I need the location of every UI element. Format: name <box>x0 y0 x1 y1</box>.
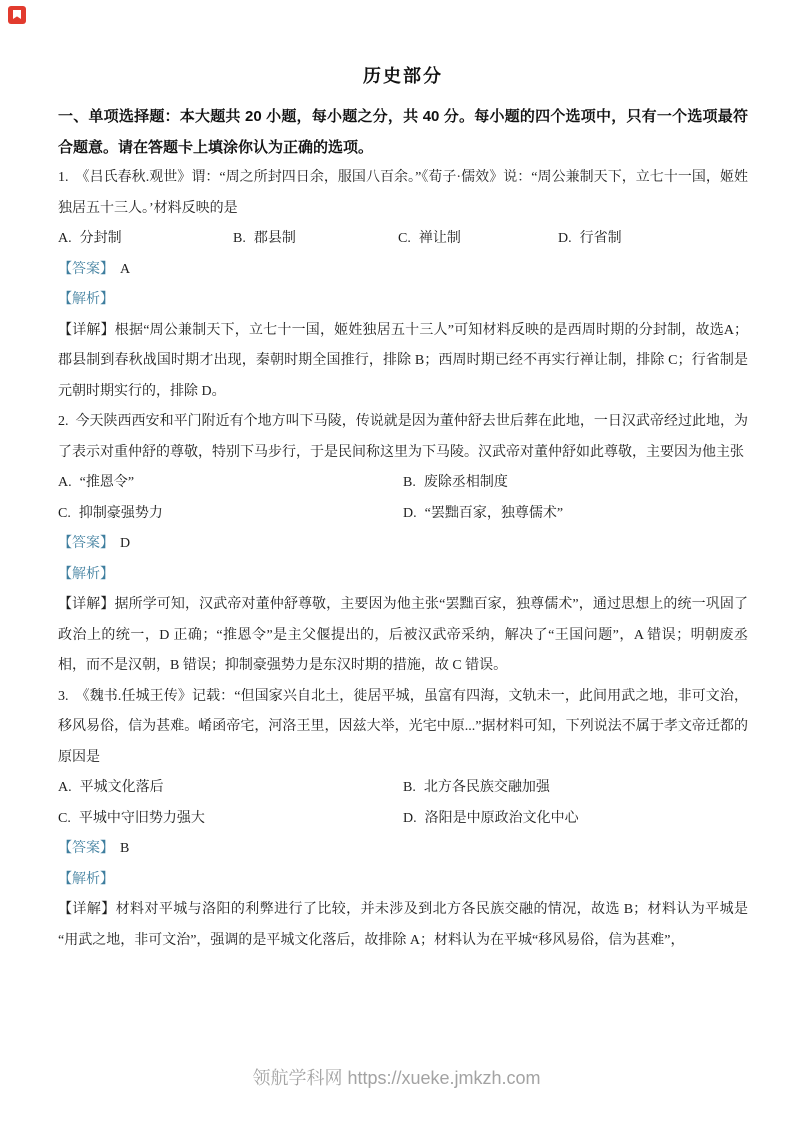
answer-value: B <box>120 841 129 856</box>
question-block-3: 3.《魏书.任城王传》记载：“但国家兴自北土，徙居平城，虽富有四海，文轨未一，此… <box>58 682 748 957</box>
question-text: 今天陕西西安和平门附近有个地方叫下马陵，传说就是因为董仲舒去世后葬在此地，一日汉… <box>58 414 748 460</box>
answer-label: 【答案】 <box>58 536 114 551</box>
option-d: D.“罢黜百家，独尊儒术” <box>403 499 748 530</box>
question-block-1: 1.《吕氏春秋.观世》谓：“周之所封四日余，服国八百余。”《荀子·儒效》说：“周… <box>58 163 748 407</box>
option-a: A.分封制 <box>58 224 233 255</box>
options-grid: A.“推恩令” B.废除丞相制度 C.抑制豪强势力 D.“罢黜百家，独尊儒术” <box>58 468 748 529</box>
question-stem: 3.《魏书.任城王传》记载：“但国家兴自北土，徙居平城，虽富有四海，文轨未一，此… <box>58 682 748 774</box>
footer-watermark: 领航学科网 https://xueke.jmkzh.com <box>252 1068 540 1088</box>
answer-line: 【答案】D <box>58 529 748 560</box>
option-d: D.洛阳是中原政治文化中心 <box>403 804 748 835</box>
document-body: 历史部分 一、单项选择题：本大题共 20 小题，每小题之分，共 40 分。每小题… <box>58 62 748 956</box>
options-row: A.分封制 B.郡县制 C.禅让制 D.行省制 <box>58 224 748 255</box>
page-footer: 领航学科网 https://xueke.jmkzh.com <box>0 1064 793 1090</box>
answer-label: 【答案】 <box>58 841 114 856</box>
detail-text: 据所学可知，汉武帝对董仲舒尊敬，主要因为他主张“罢黜百家，独尊儒术”，通过思想上… <box>58 597 748 673</box>
detail-paragraph: 【详解】据所学可知，汉武帝对董仲舒尊敬，主要因为他主张“罢黜百家，独尊儒术”，通… <box>58 590 748 682</box>
detail-paragraph: 【详解】根据“周公兼制天下，立七十一国，姬姓独居五十三人”可知材料反映的是西周时… <box>58 316 748 408</box>
page-title: 历史部分 <box>58 62 748 88</box>
answer-value: A <box>120 262 130 277</box>
analysis-line: 【解析】 <box>58 560 748 591</box>
question-text: 《魏书.任城王传》记载：“但国家兴自北土，徙居平城，虽富有四海，文轨未一，此间用… <box>58 689 748 765</box>
answer-label: 【答案】 <box>58 262 114 277</box>
red-bookmark-badge-icon <box>8 6 26 24</box>
question-stem: 1.《吕氏春秋.观世》谓：“周之所封四日余，服国八百余。”《荀子·儒效》说：“周… <box>58 163 748 224</box>
analysis-line: 【解析】 <box>58 865 748 896</box>
analysis-label: 【解析】 <box>58 872 114 887</box>
question-number: 1. <box>58 170 69 185</box>
analysis-label: 【解析】 <box>58 567 114 582</box>
detail-paragraph: 【详解】材料对平城与洛阳的利弊进行了比较，并未涉及到北方各民族交融的情况，故选 … <box>58 895 748 956</box>
question-text: 《吕氏春秋.观世》谓：“周之所封四日余，服国八百余。”《荀子·儒效》说：“周公兼… <box>58 170 748 216</box>
analysis-label: 【解析】 <box>58 292 114 307</box>
detail-text: 材料对平城与洛阳的利弊进行了比较，并未涉及到北方各民族交融的情况，故选 B；材料… <box>58 902 748 948</box>
option-c: C.平城中守旧势力强大 <box>58 804 403 835</box>
answer-value: D <box>120 536 130 551</box>
option-b: B.废除丞相制度 <box>403 468 748 499</box>
detail-label: 【详解】 <box>58 323 115 338</box>
option-c: C.抑制豪强势力 <box>58 499 403 530</box>
section-instructions: 一、单项选择题：本大题共 20 小题，每小题之分，共 40 分。每小题的四个选项… <box>58 102 748 163</box>
question-number: 2. <box>58 414 69 429</box>
detail-label: 【详解】 <box>58 902 116 917</box>
option-a: A.“推恩令” <box>58 468 403 499</box>
question-block-2: 2.今天陕西西安和平门附近有个地方叫下马陵，传说就是因为董仲舒去世后葬在此地，一… <box>58 407 748 682</box>
option-b: B.郡县制 <box>233 224 398 255</box>
option-a: A.平城文化落后 <box>58 773 403 804</box>
analysis-line: 【解析】 <box>58 285 748 316</box>
question-number: 3. <box>58 689 69 704</box>
option-d: D.行省制 <box>558 224 748 255</box>
answer-line: 【答案】A <box>58 255 748 286</box>
badge-icon-svg <box>8 6 26 24</box>
detail-text: 根据“周公兼制天下，立七十一国，姬姓独居五十三人”可知材料反映的是西周时期的分封… <box>58 323 748 399</box>
answer-line: 【答案】B <box>58 834 748 865</box>
question-stem: 2.今天陕西西安和平门附近有个地方叫下马陵，传说就是因为董仲舒去世后葬在此地，一… <box>58 407 748 468</box>
detail-label: 【详解】 <box>58 597 114 612</box>
option-b: B.北方各民族交融加强 <box>403 773 748 804</box>
options-grid: A.平城文化落后 B.北方各民族交融加强 C.平城中守旧势力强大 D.洛阳是中原… <box>58 773 748 834</box>
option-c: C.禅让制 <box>398 224 558 255</box>
